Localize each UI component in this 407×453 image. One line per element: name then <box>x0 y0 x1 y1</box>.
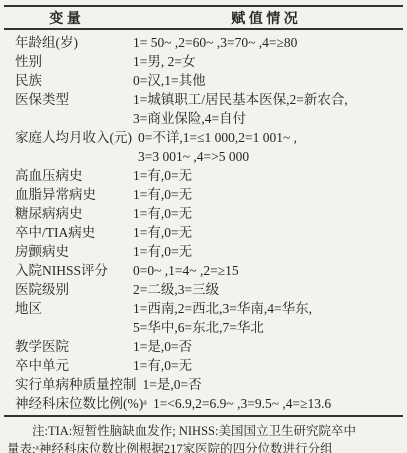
value-assignment: 1=有,0=无 <box>133 185 403 204</box>
value-assignment: 1=有,0=无 <box>133 204 403 223</box>
variable-label: 入院NIHSS评分 <box>15 261 133 280</box>
table-row: 糖尿病病史 1=有,0=无 <box>0 204 403 223</box>
variable-label: 医保类型 <box>15 90 133 128</box>
value-assignment: 2=二级,3=三级 <box>133 280 403 299</box>
variable-label: 家庭人均月收入(元) <box>15 128 138 166</box>
variable-label: 房颤病史 <box>15 242 133 261</box>
table-row: 医保类型 1=城镇职工/居民基本医保,2=新农合, 3=商业保险,4=自付 <box>0 90 403 128</box>
table-note: 注:TIA:短暂性脑缺血发作; NIHSS:美国国立卫生研究院卒中 量表;ᵃ神经… <box>7 422 400 453</box>
table-row: 年龄组(岁) 1= 50~ ,2=60~ ,3=70~ ,4=≥80 <box>0 33 403 52</box>
variable-label: 卒中单元 <box>15 356 133 375</box>
value-assignment: 1=城镇职工/居民基本医保,2=新农合, 3=商业保险,4=自付 <box>133 90 403 128</box>
table-row: 卒中单元 1=有,0=无 <box>0 356 403 375</box>
table-row: 民族 0=汉,1=其他 <box>0 71 403 90</box>
column-header-variable: 变 量 <box>4 8 126 28</box>
variable-label: 民族 <box>15 71 133 90</box>
variable-label: 血脂异常病史 <box>15 185 133 204</box>
variable-label: 地区 <box>15 299 133 337</box>
value-assignment: 0=0~ ,1=4~ ,2=≥15 <box>133 261 403 280</box>
value-assignment: 1=男, 2=女 <box>133 52 403 71</box>
table-row: 性别 1=男, 2=女 <box>0 52 403 71</box>
value-assignment: 1=有,0=无 <box>133 242 403 261</box>
column-header-value: 赋 值 情 况 <box>126 8 403 28</box>
value-assignment: 0=汉,1=其他 <box>133 71 403 90</box>
variable-label: 卒中/TIA病史 <box>15 223 133 242</box>
variable-label: 实行单病种质量控制 <box>15 375 143 394</box>
table-row: 卒中/TIA病史 1=有,0=无 <box>0 223 403 242</box>
table-row: 高血压病史 1=有,0=无 <box>0 166 403 185</box>
table-row: 教学医院 1=是,0=否 <box>0 337 403 356</box>
value-assignment: 1=是,0=否 <box>143 375 404 394</box>
table-row: 实行单病种质量控制 1=是,0=否 <box>0 375 403 394</box>
value-assignment: 1=西南,2=西北,3=华南,4=华东, 5=华中,6=东北,7=华北 <box>133 299 403 337</box>
table-rule-bottom <box>4 415 403 417</box>
value-assignment: 1=有,0=无 <box>133 356 403 375</box>
variable-label: 医院级别 <box>15 280 133 299</box>
variable-label: 性别 <box>15 52 133 71</box>
value-assignment: 1= 50~ ,2=60~ ,3=70~ ,4=≥80 <box>133 33 403 52</box>
variable-label: 教学医院 <box>15 337 133 356</box>
table-row: 血脂异常病史 1=有,0=无 <box>0 185 403 204</box>
paper-table-page: 变 量 赋 值 情 况 年龄组(岁) 1= 50~ ,2=60~ ,3=70~ … <box>0 0 407 453</box>
variable-label: 年龄组(岁) <box>15 33 133 52</box>
table-row: 地区 1=西南,2=西北,3=华南,4=华东, 5=华中,6=东北,7=华北 <box>0 299 403 337</box>
table-row: 家庭人均月收入(元) 0=不详,1=≤1 000,2=1 001~ , 3=3 … <box>0 128 403 166</box>
value-assignment: 1=有,0=无 <box>133 223 403 242</box>
value-assignment: 0=不详,1=≤1 000,2=1 001~ , 3=3 001~ ,4=>5 … <box>138 128 403 166</box>
value-assignment: 1=有,0=无 <box>133 166 403 185</box>
value-assignment: 1=<6.9,2=6.9~ ,3=9.5~ ,4=≥13.6 <box>153 394 403 413</box>
table-row: 入院NIHSS评分 0=0~ ,1=4~ ,2=≥15 <box>0 261 403 280</box>
table-row: 医院级别 2=二级,3=三级 <box>0 280 403 299</box>
variable-label: 神经科床位数比例(%)ᵃ <box>15 394 153 413</box>
table-row: 神经科床位数比例(%)ᵃ 1=<6.9,2=6.9~ ,3=9.5~ ,4=≥1… <box>0 394 403 413</box>
table-header-row: 变 量 赋 值 情 况 <box>4 7 403 28</box>
variable-label: 糖尿病病史 <box>15 204 133 223</box>
table-body: 年龄组(岁) 1= 50~ ,2=60~ ,3=70~ ,4=≥80 性别 1=… <box>0 30 407 415</box>
value-assignment: 1=是,0=否 <box>133 337 403 356</box>
variable-label: 高血压病史 <box>15 166 133 185</box>
table-row: 房颤病史 1=有,0=无 <box>0 242 403 261</box>
